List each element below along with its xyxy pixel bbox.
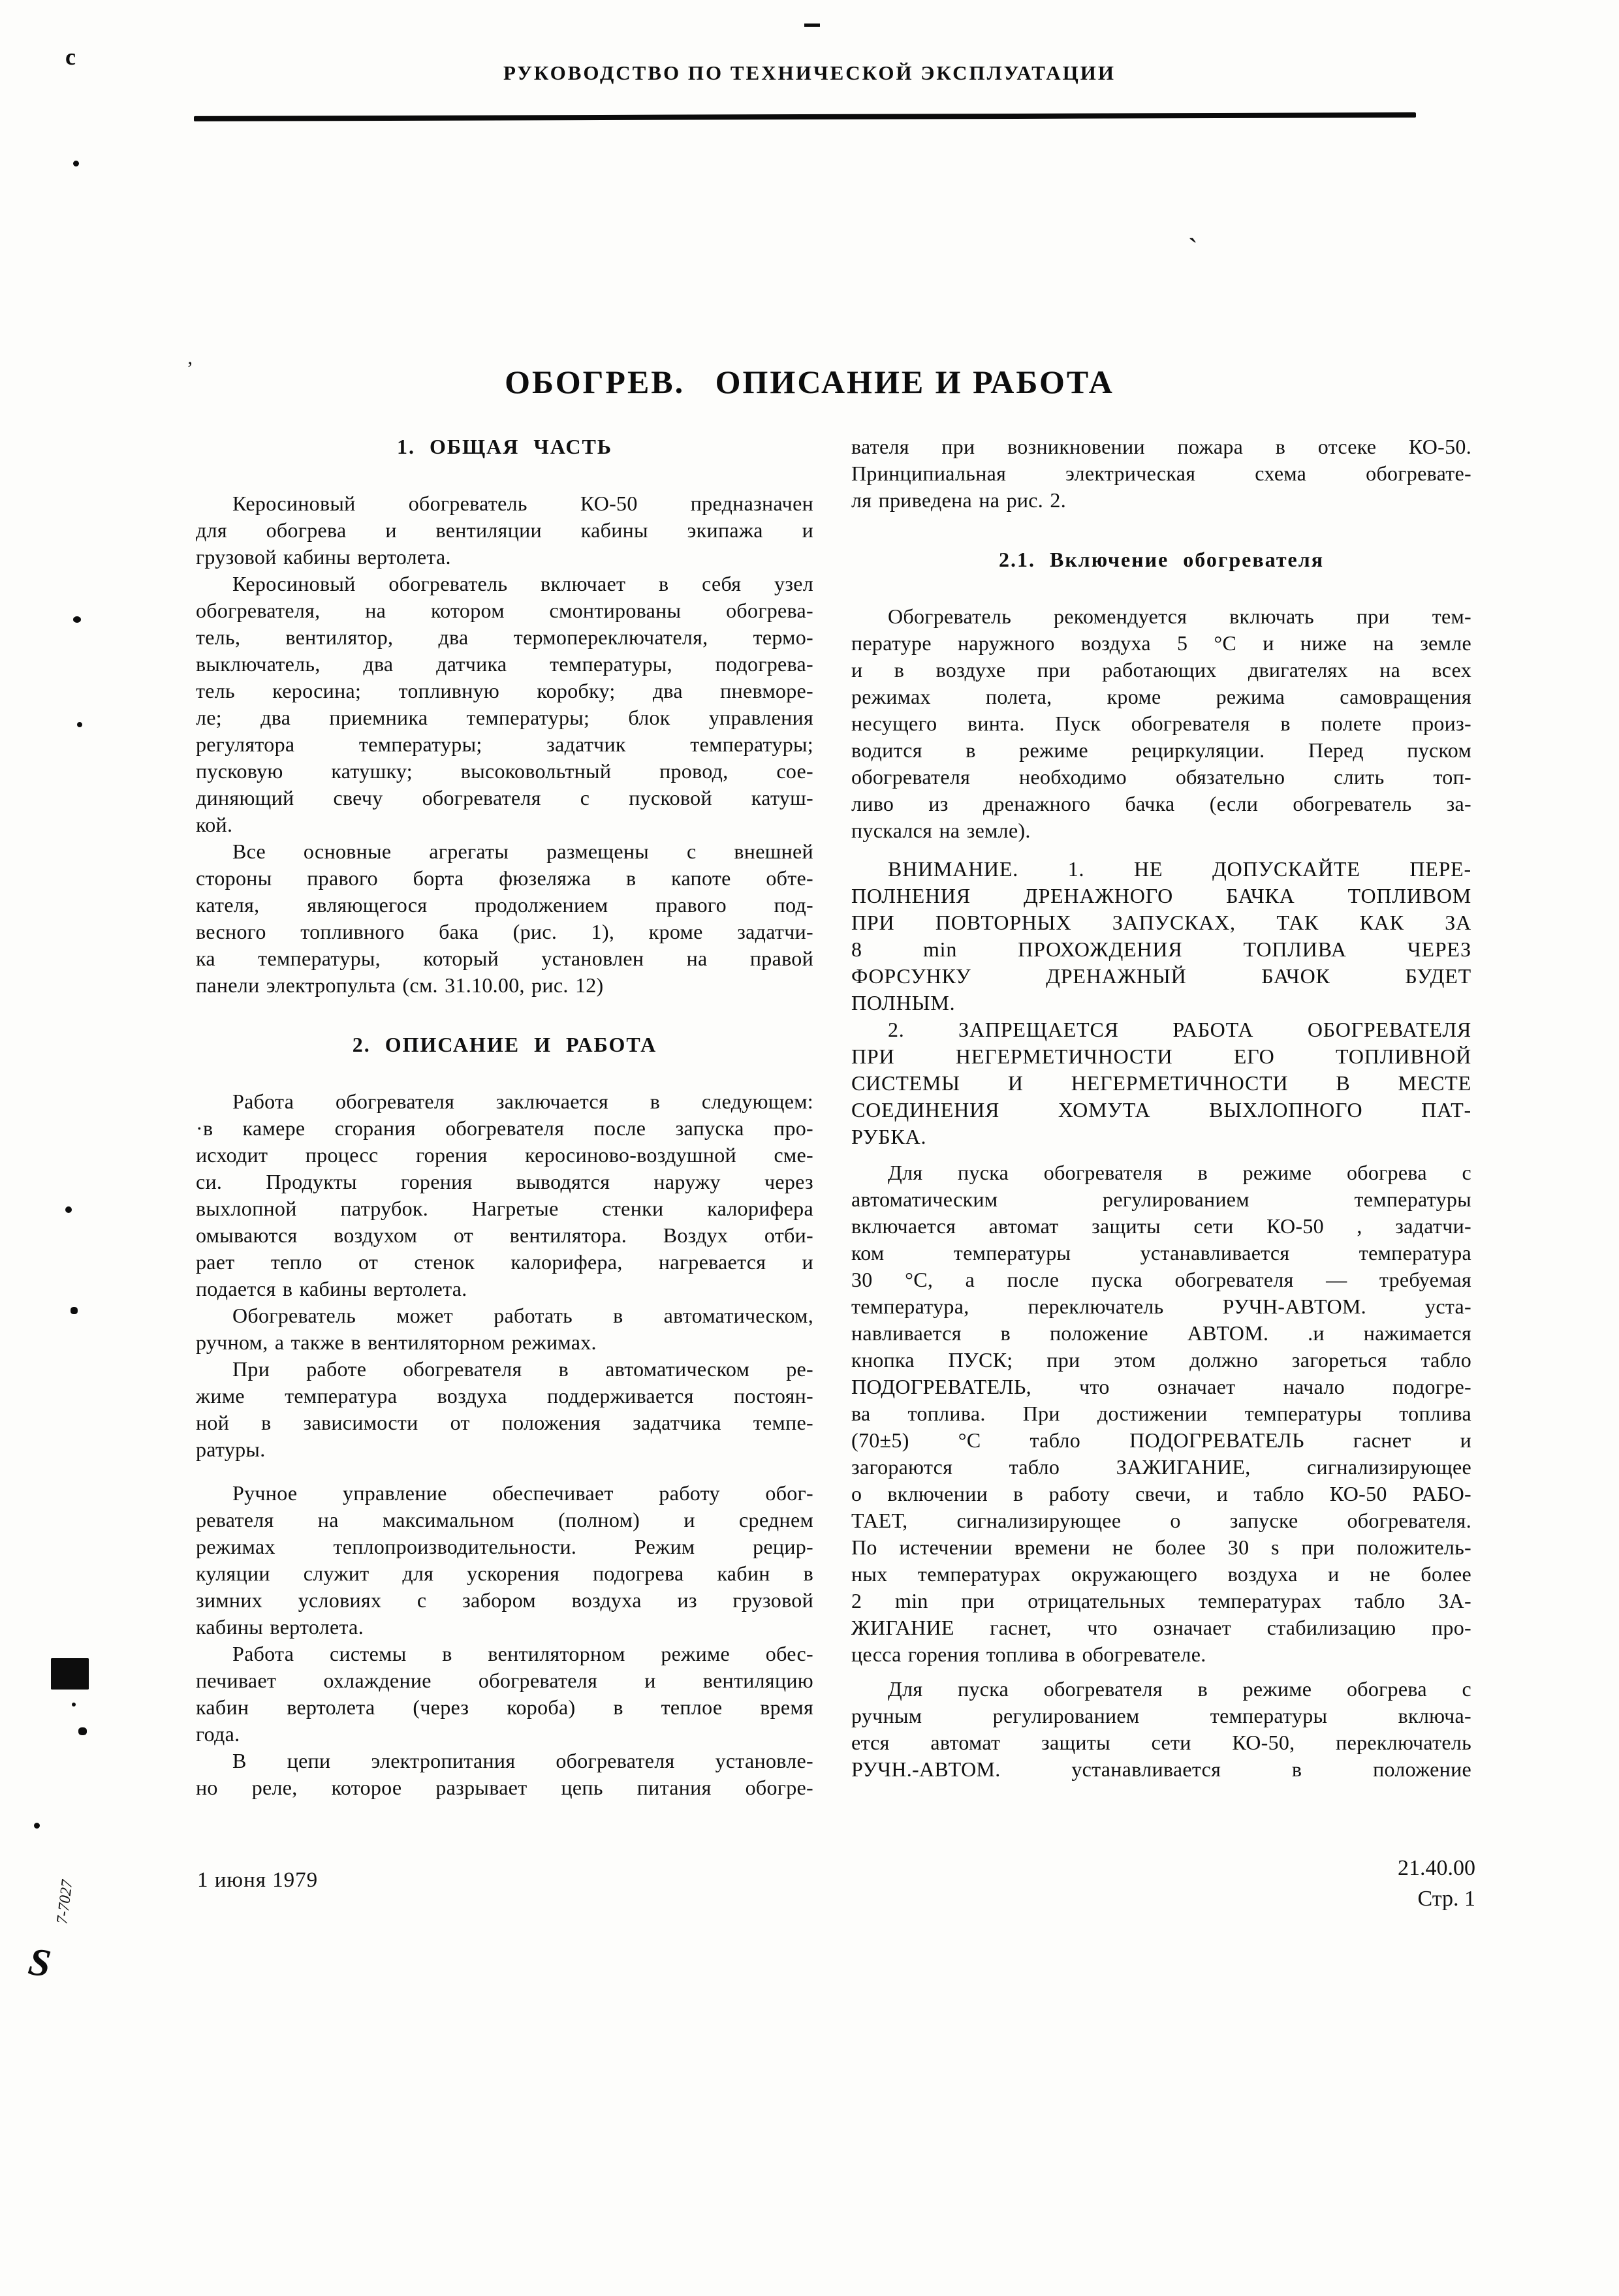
body-paragraph: Ручное управление обеспечивает работу об… (196, 1480, 813, 1641)
scan-mark: c (65, 43, 76, 71)
text-line: зимних условиях с забором воздуха из гру… (196, 1587, 813, 1614)
text-line: ·в камере сгорания обогревателя после за… (196, 1115, 813, 1142)
text-line: о включении в работу свечи, и табло КО-5… (851, 1481, 1471, 1507)
text-line: года. (196, 1721, 813, 1748)
text-line: ных температурах окружающего воздуха и н… (851, 1561, 1471, 1588)
scan-speck (71, 1307, 78, 1314)
scan-mark: ’ (187, 358, 193, 380)
body-paragraph: Обогреватель рекомендуется включать при … (851, 603, 1471, 844)
text-line: ФОРСУНКУ ДРЕНАЖНЫЙ БАЧОК БУДЕТ (851, 963, 1471, 990)
scan-speck (77, 722, 82, 727)
text-line: жиме температура воздуха поддерживается … (196, 1383, 813, 1409)
text-line: режимах теплопроизводительности. Режим р… (196, 1533, 813, 1560)
text-column-left: 1. ОБЩАЯ ЧАСТЬКеросиновый обогреватель К… (196, 433, 813, 1801)
text-line: Керосиновый обогреватель включает в себя… (196, 571, 813, 597)
body-paragraph: Обогреватель может работать в автоматиче… (196, 1302, 813, 1356)
body-paragraph: Все основные агрегаты размещены с внешне… (196, 838, 813, 999)
text-line: печивает охлаждение обогревателя и венти… (196, 1667, 813, 1694)
text-line: тель, вентилятор, два термопереключателя… (196, 624, 813, 651)
handwritten-margin-code: 7-7027 (52, 1862, 78, 1942)
text-line: но реле, которое разрывает цепь питания … (196, 1774, 813, 1801)
text-line: ревателя на максимальном (полном) и сред… (196, 1507, 813, 1533)
text-line: Работа системы в вентиляторном режиме об… (196, 1641, 813, 1667)
text-line: цесса горения топлива в обогревателе. (851, 1641, 1471, 1668)
text-line: кабин вертолета (через короба) в теплое … (196, 1694, 813, 1721)
text-line: В цепи электропитания обогревателя устан… (196, 1748, 813, 1774)
text-line: СИСТЕМЫ И НЕГЕРМЕТИЧНОСТИ В МЕСТЕ (851, 1070, 1471, 1097)
text-line: ля приведена на рис. 2. (851, 487, 1471, 514)
text-line: Обогреватель рекомендуется включать при … (851, 603, 1471, 630)
text-line: кнопка ПУСК; при этом должно загореться … (851, 1347, 1471, 1374)
text-line: куляции служит для ускорения подогрева к… (196, 1560, 813, 1587)
text-line: ЖИГАНИЕ гаснет, что означает стабилизаци… (851, 1614, 1471, 1641)
body-paragraph: В цепи электропитания обогревателя устан… (196, 1748, 813, 1801)
text-line: Принципиальная электрическая схема обогр… (851, 460, 1471, 487)
text-line: для обогрева и вентиляции кабины экипажа… (196, 517, 813, 544)
text-line: выключатель, два датчика температуры, по… (196, 651, 813, 678)
scan-speck (65, 1206, 72, 1213)
text-line: подается в кабины вертолета. (196, 1276, 813, 1302)
header-rule (194, 112, 1416, 121)
text-line: ется автомат защиты сети КО-50, переключ… (851, 1729, 1471, 1756)
text-line: исходит процесс горения керосиново-возду… (196, 1142, 813, 1169)
warning-paragraph: 2. ЗАПРЕЩАЕТСЯ РАБОТА ОБОГРЕВАТЕЛЯПРИ НЕ… (851, 1016, 1471, 1150)
text-line: СОЕДИНЕНИЯ ХОМУТА ВЫХЛОПНОГО ПАТ- (851, 1097, 1471, 1124)
text-line: стороны правого борта фюзеляжа в капоте … (196, 865, 813, 892)
text-line: 1. ОБЩАЯ ЧАСТЬ (196, 433, 813, 460)
text-line: автоматическим регулированием температур… (851, 1186, 1471, 1213)
text-line: При работе обогревателя в автоматическом… (196, 1356, 813, 1383)
text-line: кабины вертолета. (196, 1614, 813, 1641)
text-line: Все основные агрегаты размещены с внешне… (196, 838, 813, 865)
text-line: ПРИ НЕГЕРМЕТИЧНОСТИ ЕГО ТОПЛИВНОЙ (851, 1043, 1471, 1070)
text-line: Керосиновый обогреватель КО-50 предназна… (196, 490, 813, 517)
text-line: весного топливного бака (рис. 1), кроме … (196, 919, 813, 945)
text-line: водится в режиме рециркуляции. Перед пус… (851, 737, 1471, 764)
section-heading: 2. ОПИСАНИЕ И РАБОТА (196, 1031, 813, 1058)
text-line: регулятора температуры; задатчик темпера… (196, 731, 813, 758)
handwritten-margin-letter: S (25, 1939, 54, 1987)
page-header-title: РУКОВОДСТВО ПО ТЕХНИЧЕСКОЙ ЭКСПЛУАТАЦИИ (0, 61, 1619, 85)
text-line: ПОЛНЕНИЯ ДРЕНАЖНОГО БАЧКА ТОПЛИВОМ (851, 883, 1471, 909)
section-heading: 1. ОБЩАЯ ЧАСТЬ (196, 433, 813, 460)
text-line: ручным регулированием температуры включа… (851, 1703, 1471, 1729)
text-line: (70±5) °С табло ПОДОГРЕВАТЕЛЬ гаснет и (851, 1427, 1471, 1454)
text-line: пературе наружного воздуха 5 °С и ниже н… (851, 630, 1471, 657)
warning-paragraph: ВНИМАНИЕ. 1. НЕ ДОПУСКАЙТЕ ПЕРЕ-ПОЛНЕНИЯ… (851, 856, 1471, 1016)
text-line: пусковую катушку; высоковольтный провод,… (196, 758, 813, 785)
body-paragraph: вателя при возникновении пожара в отсеке… (851, 433, 1471, 514)
text-line: ной в зависимости от положения задатчика… (196, 1409, 813, 1436)
body-paragraph: Для пуска обогревателя в режиме обогрева… (851, 1159, 1471, 1668)
text-line: ком температуры устанавливается температ… (851, 1240, 1471, 1266)
scan-speck (72, 1703, 76, 1706)
text-line: си. Продукты горения выводятся наружу че… (196, 1169, 813, 1195)
text-line: тель керосина; топливную коробку; два пн… (196, 678, 813, 704)
text-line: загораются табло ЗАЖИГАНИЕ, сигнализирую… (851, 1454, 1471, 1481)
scan-speck (73, 616, 81, 623)
body-paragraph: Работа обогревателя заключается в следую… (196, 1088, 813, 1302)
text-line: омываются воздухом от вентилятора. Возду… (196, 1222, 813, 1249)
text-line: рает тепло от стенок калорифера, нагрева… (196, 1249, 813, 1276)
text-line: ле; два приемника температуры; блок упра… (196, 704, 813, 731)
text-line: ПОДОГРЕВАТЕЛЬ, что означает начало подог… (851, 1374, 1471, 1400)
text-line: несущего винта. Пуск обогревателя в поле… (851, 710, 1471, 737)
text-line: 8 min ПРОХОЖДЕНИЯ ТОПЛИВА ЧЕРЕЗ (851, 936, 1471, 963)
text-line: РУБКА. (851, 1124, 1471, 1150)
text-line: и в воздухе при работающих двигателях на… (851, 657, 1471, 684)
section-heading: 2.1. Включение обогревателя (851, 546, 1471, 573)
footer-doc-info: 21.40.00 Стр. 1 (1266, 1853, 1475, 1914)
scan-speck (78, 1727, 87, 1735)
body-paragraph: Керосиновый обогреватель включает в себя… (196, 571, 813, 838)
scan-speck (34, 1823, 40, 1829)
text-line: ТАЕТ, сигнализирующее о запуске обогрева… (851, 1507, 1471, 1534)
scan-speck (51, 1658, 89, 1690)
body-paragraph: Работа системы в вентиляторном режиме об… (196, 1641, 813, 1748)
text-line: пускался на земле). (851, 817, 1471, 844)
scan-speck (804, 24, 820, 27)
text-line: Для пуска обогревателя в режиме обогрева… (851, 1676, 1471, 1703)
text-line: включается автомат защиты сети КО-50 , з… (851, 1213, 1471, 1240)
body-paragraph: Для пуска обогревателя в режиме обогрева… (851, 1676, 1471, 1783)
footer-date: 1 июня 1979 (197, 1868, 318, 1893)
text-line: ПОЛНЫМ. (851, 990, 1471, 1016)
document-title: ОБОГРЕВ. ОПИСАНИЕ И РАБОТА (0, 363, 1619, 401)
footer-doc-code: 21.40.00 (1266, 1853, 1475, 1883)
text-line: панели электропульта (см. 31.10.00, рис.… (196, 972, 813, 999)
text-line: Обогреватель может работать в автоматиче… (196, 1302, 813, 1329)
text-line: ручном, а также в вентиляторном режимах. (196, 1329, 813, 1356)
text-line: ВНИМАНИЕ. 1. НЕ ДОПУСКАЙТЕ ПЕРЕ- (851, 856, 1471, 883)
text-line: 2. ОПИСАНИЕ И РАБОТА (196, 1031, 813, 1058)
body-paragraph: При работе обогревателя в автоматическом… (196, 1356, 813, 1463)
text-line: выхлопной патрубок. Нагретые стенки кало… (196, 1195, 813, 1222)
text-line: 2.1. Включение обогревателя (851, 546, 1471, 573)
text-line: ка температуры, который установлен на пр… (196, 945, 813, 972)
text-line: вателя при возникновении пожара в отсеке… (851, 433, 1471, 460)
text-line: режимах полета, кроме режима самовращени… (851, 684, 1471, 710)
text-line: 2. ЗАПРЕЩАЕТСЯ РАБОТА ОБОГРЕВАТЕЛЯ (851, 1016, 1471, 1043)
text-line: Работа обогревателя заключается в следую… (196, 1088, 813, 1115)
text-line: диняющий свечу обогревателя с пусковой к… (196, 785, 813, 811)
text-column-right: вателя при возникновении пожара в отсеке… (851, 433, 1471, 1783)
text-line: ва топлива. При достижении температуры т… (851, 1400, 1471, 1427)
text-line: ратуры. (196, 1436, 813, 1463)
text-line: 30 °С, а после пуска обогревателя — треб… (851, 1266, 1471, 1293)
scan-mark: ` (1188, 232, 1198, 266)
text-line: навливается в положение АВТОМ. .и нажима… (851, 1320, 1471, 1347)
body-paragraph: Керосиновый обогреватель КО-50 предназна… (196, 490, 813, 571)
text-line: РУЧН.-АВТОМ. устанавливается в положение (851, 1756, 1471, 1783)
text-line: ливо из дренажного бачка (если обогреват… (851, 791, 1471, 817)
text-line: По истечении времени не более 30 s при п… (851, 1534, 1471, 1561)
text-line: Ручное управление обеспечивает работу об… (196, 1480, 813, 1507)
text-line: температура, переключатель РУЧН-АВТОМ. у… (851, 1293, 1471, 1320)
footer-page-number: Стр. 1 (1266, 1883, 1475, 1914)
text-line: грузовой кабины вертолета. (196, 544, 813, 571)
text-line: обогревателя, на котором смонтированы об… (196, 597, 813, 624)
text-line: Для пуска обогревателя в режиме обогрева… (851, 1159, 1471, 1186)
text-line: обогревателя необходимо обязательно слит… (851, 764, 1471, 791)
text-line: ПРИ ПОВТОРНЫХ ЗАПУСКАХ, ТАК КАК ЗА (851, 909, 1471, 936)
text-line: кой. (196, 811, 813, 838)
scan-speck (73, 161, 79, 166)
text-line: кателя, являющегося продолжением правого… (196, 892, 813, 919)
text-line: 2 min при отрицательных температурах таб… (851, 1588, 1471, 1614)
